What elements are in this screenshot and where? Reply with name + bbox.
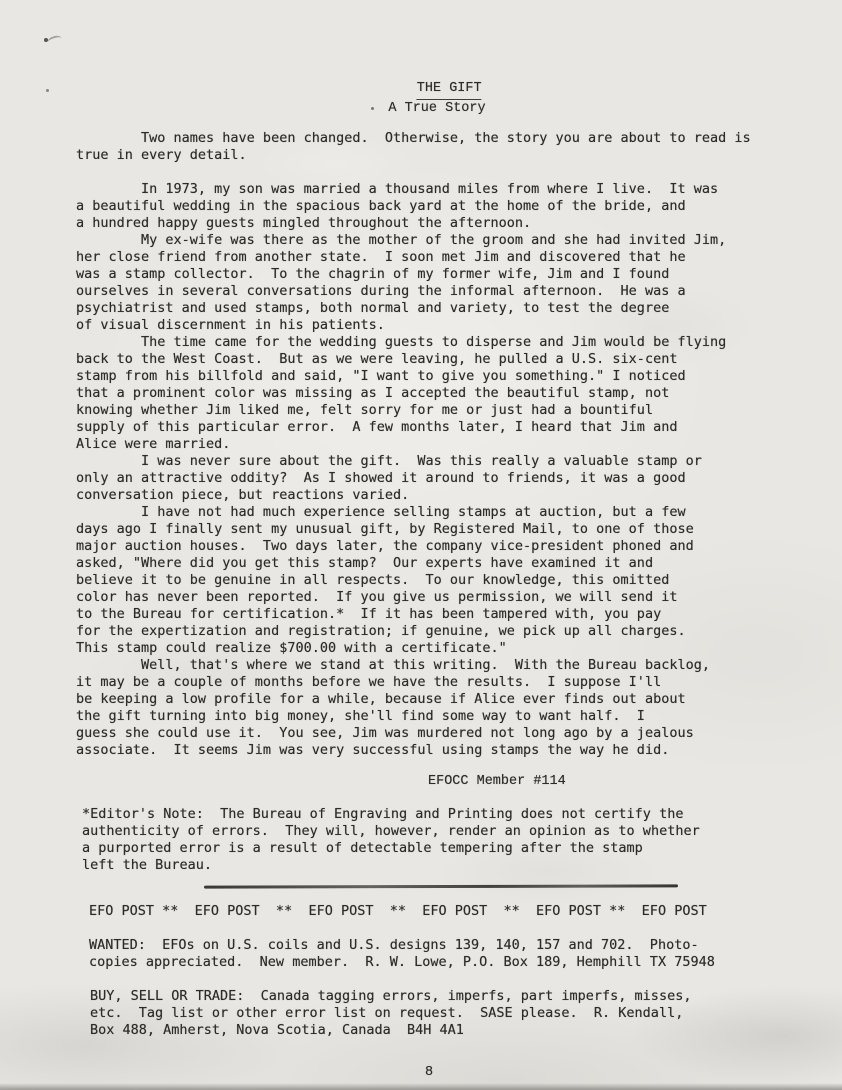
article-subtitle: A True Story <box>388 100 485 117</box>
scanned-newsletter-page: THE GIFT A True Story Two names have bee… <box>0 0 842 1090</box>
article-byline: EFOCC Member #114 <box>428 773 566 790</box>
article-title-text: THE GIFT <box>417 80 482 100</box>
pencil-tail-artifact <box>47 34 63 46</box>
article-body: Two names have been changed. Otherwise, … <box>76 130 751 759</box>
classified-buy-sell-trade-ad: BUY, SELL OR TRADE: Canada tagging error… <box>90 988 691 1039</box>
editors-note: *Editor's Note: The Bureau of Engraving … <box>82 806 700 874</box>
efo-post-banner: EFO POST ** EFO POST ** EFO POST ** EFO … <box>89 903 707 920</box>
page-number: 8 <box>425 1064 433 1081</box>
classified-wanted-ad: WANTED: EFOs on U.S. coils and U.S. desi… <box>89 937 715 971</box>
ink-dot-artifact <box>371 107 374 110</box>
ink-speck-artifact <box>46 89 49 92</box>
scan-bottom-edge-shadow <box>0 1083 842 1090</box>
section-divider-rule <box>204 884 678 888</box>
